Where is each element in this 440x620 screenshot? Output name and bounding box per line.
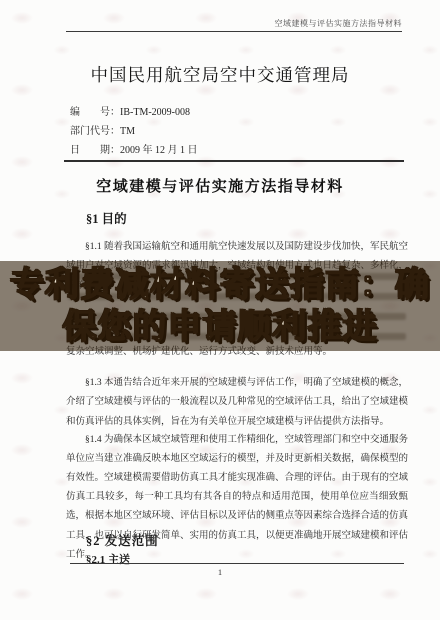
document-page: 空域建模与评估实施方法指导材料 中国民用航空局空中交通管理局 编 号：IB-TM… <box>0 0 440 620</box>
page-number: 1 <box>0 567 440 577</box>
meta-row: 日 期：2009 年 12 月 1 日 <box>70 141 198 160</box>
section-2-heading: §2 发送范围 <box>86 531 159 549</box>
meta-value: IB-TM-2009-008 <box>120 107 190 118</box>
promo-line-1: 专利费减材料寄送指南：确 <box>10 264 430 306</box>
section-2-1-heading: §2.1 主送 <box>86 551 130 567</box>
title-divider <box>64 160 404 162</box>
running-header: 空域建模与评估实施方法指导材料 <box>275 18 403 29</box>
meta-row: 编 号：IB-TM-2009-008 <box>70 103 198 122</box>
meta-value: TM <box>120 126 135 137</box>
org-title: 中国民用航空局空中交通管理局 <box>0 62 440 87</box>
meta-label: 日 期： <box>70 141 120 160</box>
meta-value: 2009 年 12 月 1 日 <box>120 145 198 156</box>
doc-title: 空域建模与评估实施方法指导材料 <box>0 175 440 196</box>
footer-rule <box>70 563 404 564</box>
meta-label: 部门代号： <box>70 122 120 141</box>
promo-overlay[interactable]: 专利费减材料寄送指南：确 保您的申请顺利推进 <box>0 261 440 351</box>
meta-row: 部门代号：TM <box>70 122 198 141</box>
paragraph-1-3: §1.3 本通告结合近年来开展的空域建模与评估工作，明确了空域建模的概念，介绍了… <box>66 374 408 433</box>
meta-label: 编 号： <box>70 103 120 122</box>
header-rule <box>66 31 402 32</box>
meta-block: 编 号：IB-TM-2009-008 部门代号：TM 日 期：2009 年 12… <box>70 103 198 160</box>
promo-line-2: 保您的申请顺利推进 <box>63 306 378 348</box>
section-1-heading: §1 目的 <box>86 209 127 227</box>
